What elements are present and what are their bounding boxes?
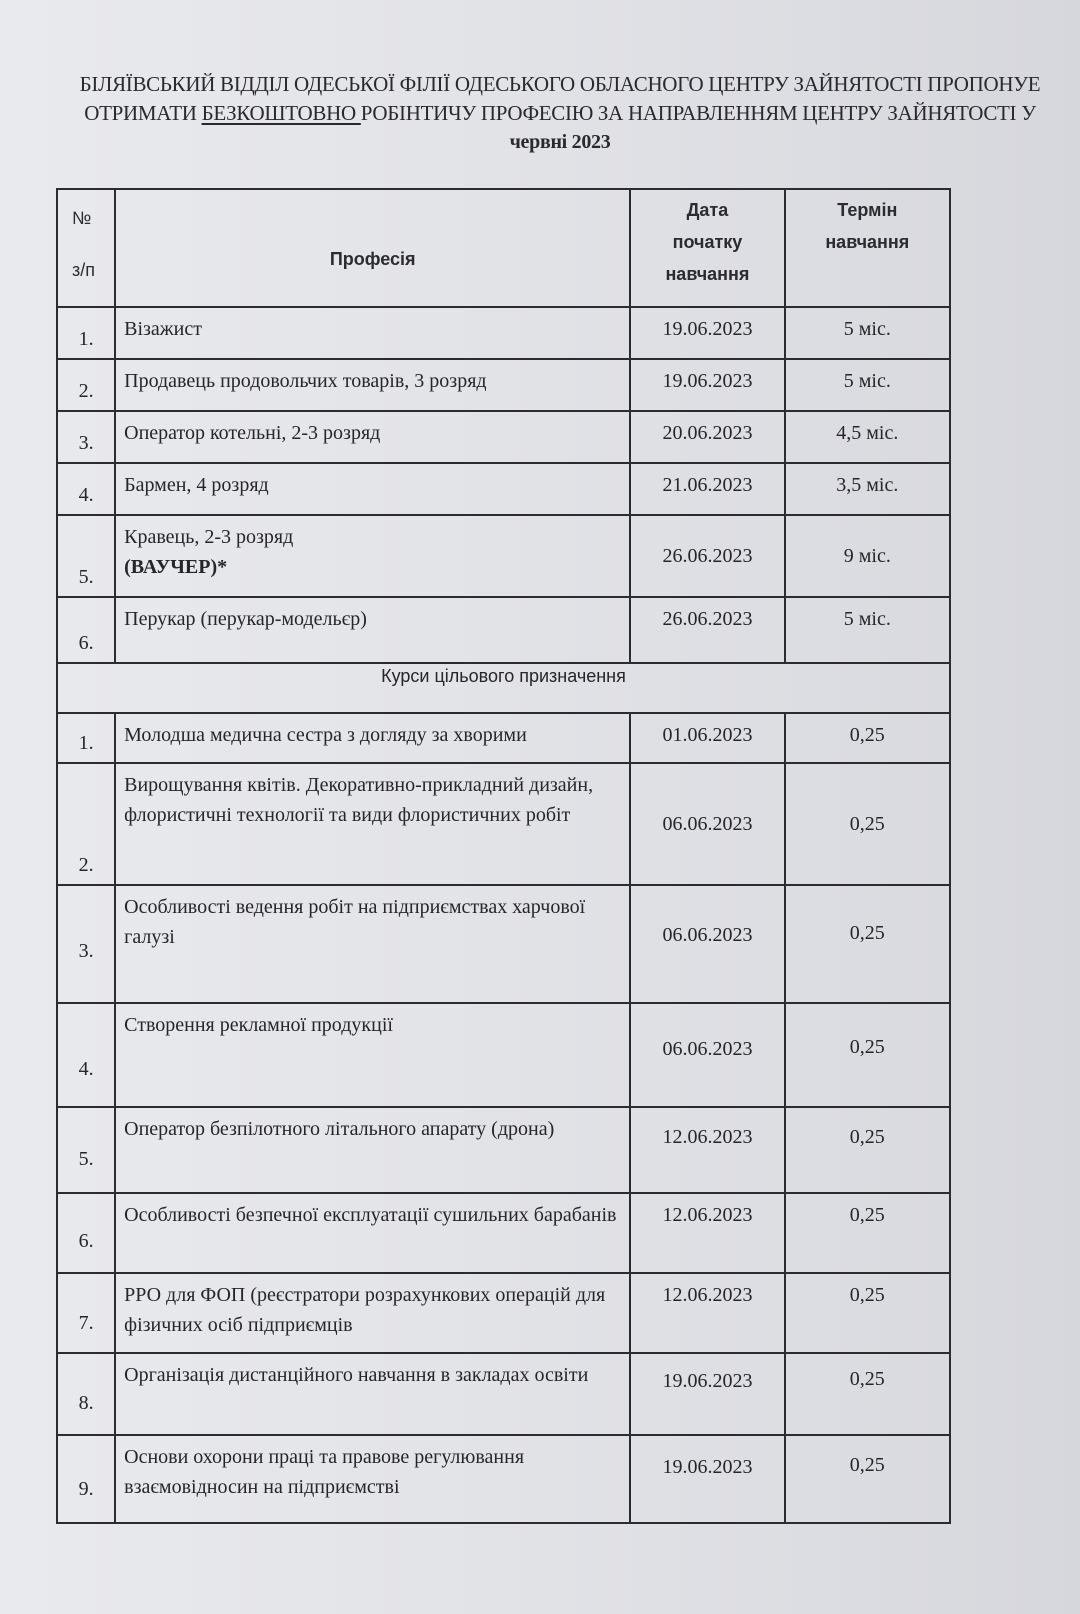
row-term: 0,25 (785, 1435, 950, 1523)
row-course: Особливості ведення робіт на підприємств… (115, 885, 630, 1003)
row-course: Особливості безпечної експлуатації сушил… (115, 1193, 630, 1273)
row-start-date: 06.06.2023 (630, 1003, 784, 1107)
row-start-date: 21.06.2023 (630, 463, 784, 515)
row-start-date: 19.06.2023 (630, 359, 784, 411)
row-start-date: 01.06.2023 (630, 713, 784, 763)
row-number: 4. (57, 463, 115, 515)
row-profession: Бармен, 4 розряд (115, 463, 630, 515)
voucher-note: (ВАУЧЕР)* (124, 552, 621, 582)
table-row: 9. Основи охорони праці та правове регул… (57, 1435, 950, 1523)
row-start-date: 19.06.2023 (630, 1353, 784, 1435)
row-course: Створення рекламної продукції (115, 1003, 630, 1107)
section-header-row: Курси цільового призначення (57, 663, 950, 713)
row-term: 4,5 міс. (785, 411, 950, 463)
row-course: Основи охорони праці та правове регулюва… (115, 1435, 630, 1523)
table-row: 6. Перукар (перукар-модельєр) 26.06.2023… (57, 597, 950, 663)
row-number: 1. (57, 307, 115, 359)
row-course: Вирощування квітів. Декоративно-прикладн… (115, 763, 630, 885)
row-number: 4. (57, 1003, 115, 1107)
row-profession: Перукар (перукар-модельєр) (115, 597, 630, 663)
row-term: 0,25 (785, 1107, 950, 1193)
row-course: Оператор безпілотного літального апарату… (115, 1107, 630, 1193)
row-number: 6. (57, 597, 115, 663)
document-title: БІЛЯЇВСЬКИЙ ВІДДІЛ ОДЕСЬКОЇ ФІЛІЇ ОДЕСЬК… (40, 70, 1080, 157)
row-term: 9 міс. (785, 515, 950, 597)
row-term: 0,25 (785, 763, 950, 885)
row-start-date: 12.06.2023 (630, 1273, 784, 1353)
section-title: Курси цільового призначення (57, 663, 950, 713)
header-number: № з/п (57, 189, 115, 307)
row-number: 9. (57, 1435, 115, 1523)
row-profession: Кравець, 2-3 розряд (ВАУЧЕР)* (115, 515, 630, 597)
table-row: 2. Вирощування квітів. Декоративно-прикл… (57, 763, 950, 885)
row-course: Організація дистанційного навчання в зак… (115, 1353, 630, 1435)
row-start-date: 20.06.2023 (630, 411, 784, 463)
row-profession: Візажист (115, 307, 630, 359)
table-row: 4. Створення рекламної продукції 06.06.2… (57, 1003, 950, 1107)
row-start-date: 06.06.2023 (630, 763, 784, 885)
table-row: 6. Особливості безпечної експлуатації су… (57, 1193, 950, 1273)
row-number: 8. (57, 1353, 115, 1435)
table-row: 1. Молодша медична сестра з догляду за х… (57, 713, 950, 763)
row-number: 6. (57, 1193, 115, 1273)
row-number: 2. (57, 359, 115, 411)
title-line-2: ОТРИМАТИ БЕЗКОШТОВНО РОБІНТИЧУ ПРОФЕСІЮ … (40, 99, 1080, 128)
table-row: 3. Оператор котельні, 2-3 розряд 20.06.2… (57, 411, 950, 463)
row-profession: Продавець продовольчих товарів, 3 розряд (115, 359, 630, 411)
row-term: 5 міс. (785, 307, 950, 359)
row-term: 0,25 (785, 1003, 950, 1107)
row-number: 3. (57, 411, 115, 463)
row-number: 5. (57, 1107, 115, 1193)
row-number: 3. (57, 885, 115, 1003)
document-page: БІЛЯЇВСЬКИЙ ВІДДІЛ ОДЕСЬКОЇ ФІЛІЇ ОДЕСЬК… (0, 0, 1080, 1614)
title-line-2-suffix: РОБІНТИЧУ ПРОФЕСІЮ ЗА НАПРАВЛЕННЯМ ЦЕНТР… (361, 101, 1036, 125)
table-row: 4. Бармен, 4 розряд 21.06.2023 3,5 міс. (57, 463, 950, 515)
table-row: 5. Оператор безпілотного літального апар… (57, 1107, 950, 1193)
row-start-date: 06.06.2023 (630, 885, 784, 1003)
row-term: 0,25 (785, 1273, 950, 1353)
table-row: 7. РРО для ФОП (реєстратори розрахункови… (57, 1273, 950, 1353)
row-number: 2. (57, 763, 115, 885)
row-term: 0,25 (785, 713, 950, 763)
row-start-date: 12.06.2023 (630, 1193, 784, 1273)
row-term: 5 міс. (785, 359, 950, 411)
row-number: 7. (57, 1273, 115, 1353)
header-term: Термін навчання (785, 189, 950, 307)
row-term: 0,25 (785, 1353, 950, 1435)
row-start-date: 26.06.2023 (630, 515, 784, 597)
table-row: 3. Особливості ведення робіт на підприєм… (57, 885, 950, 1003)
row-term: 0,25 (785, 1193, 950, 1273)
table-row: 2. Продавець продовольчих товарів, 3 роз… (57, 359, 950, 411)
table-header-row: № з/п Професія Дата початку навчання Тер… (57, 189, 950, 307)
table-row: 8. Організація дистанційного навчання в … (57, 1353, 950, 1435)
row-profession: Оператор котельні, 2-3 розряд (115, 411, 630, 463)
title-free-emphasis: БЕЗКОШТОВНО (202, 101, 361, 125)
row-start-date: 12.06.2023 (630, 1107, 784, 1193)
row-term: 5 міс. (785, 597, 950, 663)
row-number: 1. (57, 713, 115, 763)
header-start-date: Дата початку навчання (630, 189, 784, 307)
table-row: 5. Кравець, 2-3 розряд (ВАУЧЕР)* 26.06.2… (57, 515, 950, 597)
table-row: 1. Візажист 19.06.2023 5 міс. (57, 307, 950, 359)
header-profession: Професія (115, 189, 630, 307)
row-course: РРО для ФОП (реєстратори розрахункових о… (115, 1273, 630, 1353)
professions-table: № з/п Професія Дата початку навчання Тер… (56, 188, 951, 1524)
row-start-date: 19.06.2023 (630, 1435, 784, 1523)
title-month: червні 2023 (40, 128, 1080, 157)
title-line-1: БІЛЯЇВСЬКИЙ ВІДДІЛ ОДЕСЬКОЇ ФІЛІЇ ОДЕСЬК… (40, 70, 1080, 99)
row-term: 0,25 (785, 885, 950, 1003)
row-term: 3,5 міс. (785, 463, 950, 515)
row-number: 5. (57, 515, 115, 597)
row-start-date: 19.06.2023 (630, 307, 784, 359)
row-course: Молодша медична сестра з догляду за хвор… (115, 713, 630, 763)
row-start-date: 26.06.2023 (630, 597, 784, 663)
title-line-2-prefix: ОТРИМАТИ (84, 101, 201, 125)
